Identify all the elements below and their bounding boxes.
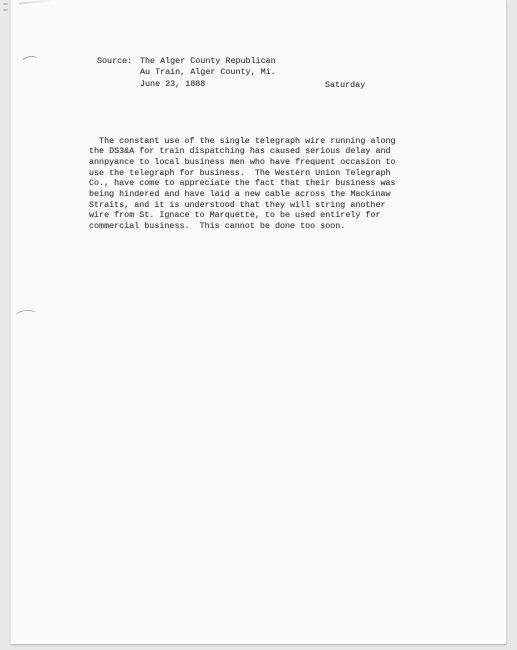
publication-weekday: Saturday: [325, 80, 365, 91]
paper-curl-mark: [13, 309, 38, 324]
scan-mark: [3, 9, 8, 11]
document-paper: Source: The Alger County Republican Au T…: [10, 0, 507, 645]
source-label: Source:: [97, 56, 132, 67]
publication-name: The Alger County Republican: [140, 56, 276, 67]
publication-location: Au Train, Alger County, Mi.: [140, 67, 276, 78]
article-paragraph: The constant use of the single telegraph…: [89, 136, 396, 232]
scan-smudge: [19, 0, 51, 5]
scan-background: { "page": { "background_color": "#e9e9e7…: [0, 0, 517, 650]
scan-mark: [3, 3, 8, 5]
paper-curl-mark: [20, 54, 41, 70]
publication-date: June 23, 1888: [140, 79, 205, 90]
